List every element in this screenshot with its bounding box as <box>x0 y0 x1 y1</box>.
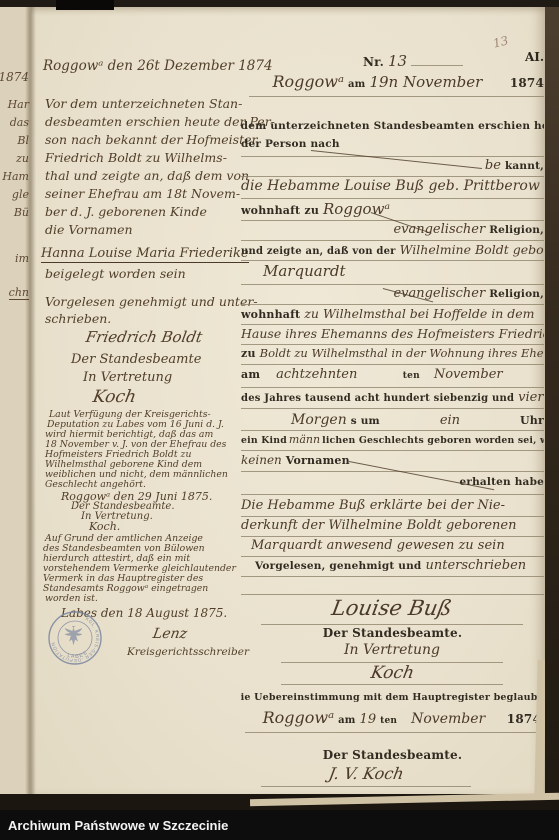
declarant-name: die Hebamme Louise Buß geb. Prittberow <box>241 178 540 194</box>
birth-year-row: des Jahres tausend acht hundert siebenzi… <box>241 390 544 409</box>
archive-credit-bar: Archiwum Państwowe w Szczecinie <box>0 810 559 840</box>
birth-day-row: am achtzehnten ten November <box>241 367 544 388</box>
mother-maiden-name: Marquardt <box>263 262 345 280</box>
certifying-signature: J. V. Koch <box>327 764 405 783</box>
am2-label: am <box>241 368 260 381</box>
clerk-signature: Lenz <box>152 626 189 642</box>
child-label-b: lichen Geschlechts geboren worden sei, w… <box>322 435 544 446</box>
photo-top-notch <box>56 0 114 10</box>
wohnhaft-label: wohnhaft <box>241 308 300 321</box>
ruled-line <box>411 65 463 66</box>
birth-year-entry: vier <box>518 390 543 405</box>
officer-label-2: Der Standesbeamte. <box>323 748 463 762</box>
document-page: 13 AI. Roggowᵃ den 26t Dezember 1874 Vor… <box>31 6 546 798</box>
margin-line: Friedrich Boldt zu Wilhelms- <box>45 150 227 165</box>
s-um-label: s um <box>351 415 380 427</box>
mother-row: und zeigte an, daß von der Wilhelmine Bo… <box>241 242 544 261</box>
declarant-row: die Hebamme Louise Buß geb. Prittberow <box>241 178 544 199</box>
gender-entry: männ <box>289 433 320 446</box>
religion2-row: evangelischer Religion, <box>241 286 544 305</box>
note-row-3: Marquardt anwesend gewesen zu sein <box>241 538 544 557</box>
hour-entry: ein <box>440 413 460 428</box>
residence2-row: wohnhaft zu Wilhelmsthal bei Hoffelde in… <box>241 306 544 325</box>
child-names: Hanna Louise Maria Friederike <box>41 246 249 263</box>
margin-line: schrieben. <box>45 311 111 326</box>
correction-signature: Koch. <box>89 520 120 533</box>
zeigte-an-label: und zeigte an, daß von der <box>241 246 396 257</box>
gender-row: ein Kind männ lichen Geschlechts geboren… <box>241 433 544 451</box>
residence-row: wohnhaft zu Roggowᵃ <box>241 200 544 221</box>
page-fold-shadow <box>25 6 36 798</box>
form-code: AI. <box>525 50 544 64</box>
margin-line: Vorgelesen genehmigt und unter- <box>45 294 258 309</box>
vorgelesen-row: Vorgelesen, genehmigt und unterschrieben <box>241 558 544 577</box>
court-seal-stamp: KGL. KREIS-GER.-DEPUTATION LABES <box>47 610 103 666</box>
clerk-title: Kreisgerichtsschreiber <box>127 646 249 658</box>
photo-right-band <box>545 0 559 800</box>
nr-label: Nr. <box>363 55 384 69</box>
bekannt-row: be kannt, <box>241 158 544 177</box>
residence-entry-2: Hause ihres Ehemanns des Hofmeisters Fri… <box>241 326 544 341</box>
archival-photo: 1874 Har das Bl zu Ham gle Bü im chn 13 … <box>0 0 559 840</box>
vertretung-row: In Vertretung <box>281 642 503 663</box>
footer-place: Roggowᵃ <box>263 708 335 727</box>
officer-label2-row: Der Standesbeamte. <box>241 748 544 762</box>
religion2-label: Religion, <box>489 288 544 300</box>
registry-form: Nr. 13 Roggowᵃ am 19n November 1874 Vor … <box>241 6 544 798</box>
daytime-entry: Morgen <box>291 412 347 428</box>
birth-month-entry: November <box>434 367 503 382</box>
blank-row <box>241 580 544 595</box>
margin-officer-signature: Koch <box>91 387 137 407</box>
declarant-signature-row: Louise Buß <box>261 596 523 625</box>
officer-label: Der Standesbeamte. <box>323 626 463 640</box>
header-year: 1874 <box>510 76 544 90</box>
margin-officer-label: Der Standesbeamte <box>71 352 201 367</box>
officer-label-row: Der Standesbeamte. <box>241 626 544 640</box>
am-label: am <box>348 79 365 90</box>
intro-text: Vor dem unterzeichneten Standesbeamten e… <box>241 120 544 132</box>
declarant-signature: Louise Buß <box>330 596 454 620</box>
note-line-3: Marquardt anwesend gewesen zu sein <box>251 538 505 553</box>
archive-credit-text: Archiwum Państwowe w Szczecinie <box>0 818 228 833</box>
vertretung-entry: In Vertretung <box>344 642 440 658</box>
mother-maiden-row: Marquardt <box>241 262 544 285</box>
header-date-row: Roggowᵃ am 19n November 1874 <box>249 72 544 97</box>
footer-day: 19 <box>360 712 377 727</box>
nr-value: 13 <box>388 52 407 70</box>
bekannt-handwritten: be <box>485 158 501 173</box>
margin-line: son nach bekannt der Hofmeister <box>45 132 257 147</box>
margin-line: Vor dem unterzeichneten Stan- <box>45 96 242 111</box>
note-row-1: Die Hebamme Buß erklärte bei der Nie- <box>241 498 544 517</box>
uhr-label: Uhr <box>520 414 544 427</box>
footer-am-label: am <box>338 715 355 726</box>
person-nach-label: der Person nach <box>241 138 340 150</box>
residence-entry-3: Boldt zu Wilhelmsthal in der Wohnung ihr… <box>260 346 544 360</box>
ten-label: ten <box>403 371 420 381</box>
note-row-2: derkunft der Wilhelmine Boldt geborenen <box>241 518 544 537</box>
residence-entry-1: zu Wilhelmsthal bei Hoffelde in dem <box>304 306 534 321</box>
wohnhaft-zu-label: wohnhaft zu <box>241 204 319 217</box>
zu-label: zu <box>241 347 256 360</box>
religion1-label: Religion, <box>489 224 544 236</box>
intro-row: Vor dem unterzeichneten Standesbeamten e… <box>241 120 544 132</box>
header-place: Roggowᵃ <box>272 72 344 91</box>
note-line-2: derkunft der Wilhelmine Boldt geborenen <box>241 518 516 533</box>
bekannt-label: kannt, <box>505 160 544 172</box>
birth-day-entry: achtzehnten <box>276 367 357 382</box>
certifying-signature-row: J. V. Koch <box>261 764 471 787</box>
birth-time-row: Morgen s um ein Uhr <box>241 412 544 431</box>
beglaubigt-label: Die Uebereinstimmung mit dem Hauptregist… <box>241 692 544 703</box>
attest-line: worden ist. <box>45 593 98 604</box>
margin-vertretung: In Vertretung <box>83 370 172 385</box>
year-line-label: des Jahres tausend acht hundert siebenzi… <box>241 393 514 404</box>
note-line-1: Die Hebamme Buß erklärte bei der Nie- <box>241 498 505 513</box>
officer-signature-row: Koch <box>281 663 503 685</box>
unterschrieben-entry: unterschrieben <box>425 558 526 573</box>
erhalten-row: erhalten habe <box>241 476 544 495</box>
residence4-row: zu Boldt zu Wilhelmsthal in der Wohnung … <box>241 346 544 365</box>
keinen-entry: keinen <box>241 453 282 467</box>
margin-line: beigelegt worden sein <box>45 266 186 281</box>
child-label-a: ein Kind <box>241 435 287 446</box>
religion1-row: evangelischer Religion, <box>241 222 544 241</box>
residence3-row: Hause ihres Ehemanns des Hofmeisters Fri… <box>241 326 544 345</box>
beglaubigt-row: Die Uebereinstimmung mit dem Hauptregist… <box>241 692 544 703</box>
footer-month: November <box>411 711 485 727</box>
vorgelesen-label: Vorgelesen, genehmigt und <box>255 560 421 572</box>
person-nach-row: der Person nach <box>241 138 544 157</box>
father-signature: Friedrich Boldt <box>84 328 203 346</box>
header-date: 19n November <box>369 73 482 91</box>
margin-line: die Vornamen <box>45 222 133 237</box>
margin-date-line: Roggowᵃ den 26t Dezember 1874 <box>43 58 273 74</box>
vornamen-label: Vornamen <box>286 454 350 467</box>
mother-name: Wilhelmine Boldt geborenen <box>400 242 544 257</box>
officer-signature: Koch <box>369 663 415 683</box>
margin-line: ber d. J. geborenen Kinde <box>45 204 207 219</box>
footer-date-row: Roggowᵃ am 19 ten November 1874 <box>245 708 541 733</box>
correction-line: Geschlecht angehört. <box>45 479 146 490</box>
erhalten-label: erhalten habe <box>459 476 544 488</box>
prussian-eagle-icon <box>65 626 83 646</box>
margin-line: seiner Ehefrau am 18t Novem- <box>45 186 240 201</box>
margin-line: thal und zeigte an, daß dem von <box>45 168 249 183</box>
record-number-row: Nr. 13 <box>363 52 463 70</box>
footer-ten-label: ten <box>380 716 397 726</box>
